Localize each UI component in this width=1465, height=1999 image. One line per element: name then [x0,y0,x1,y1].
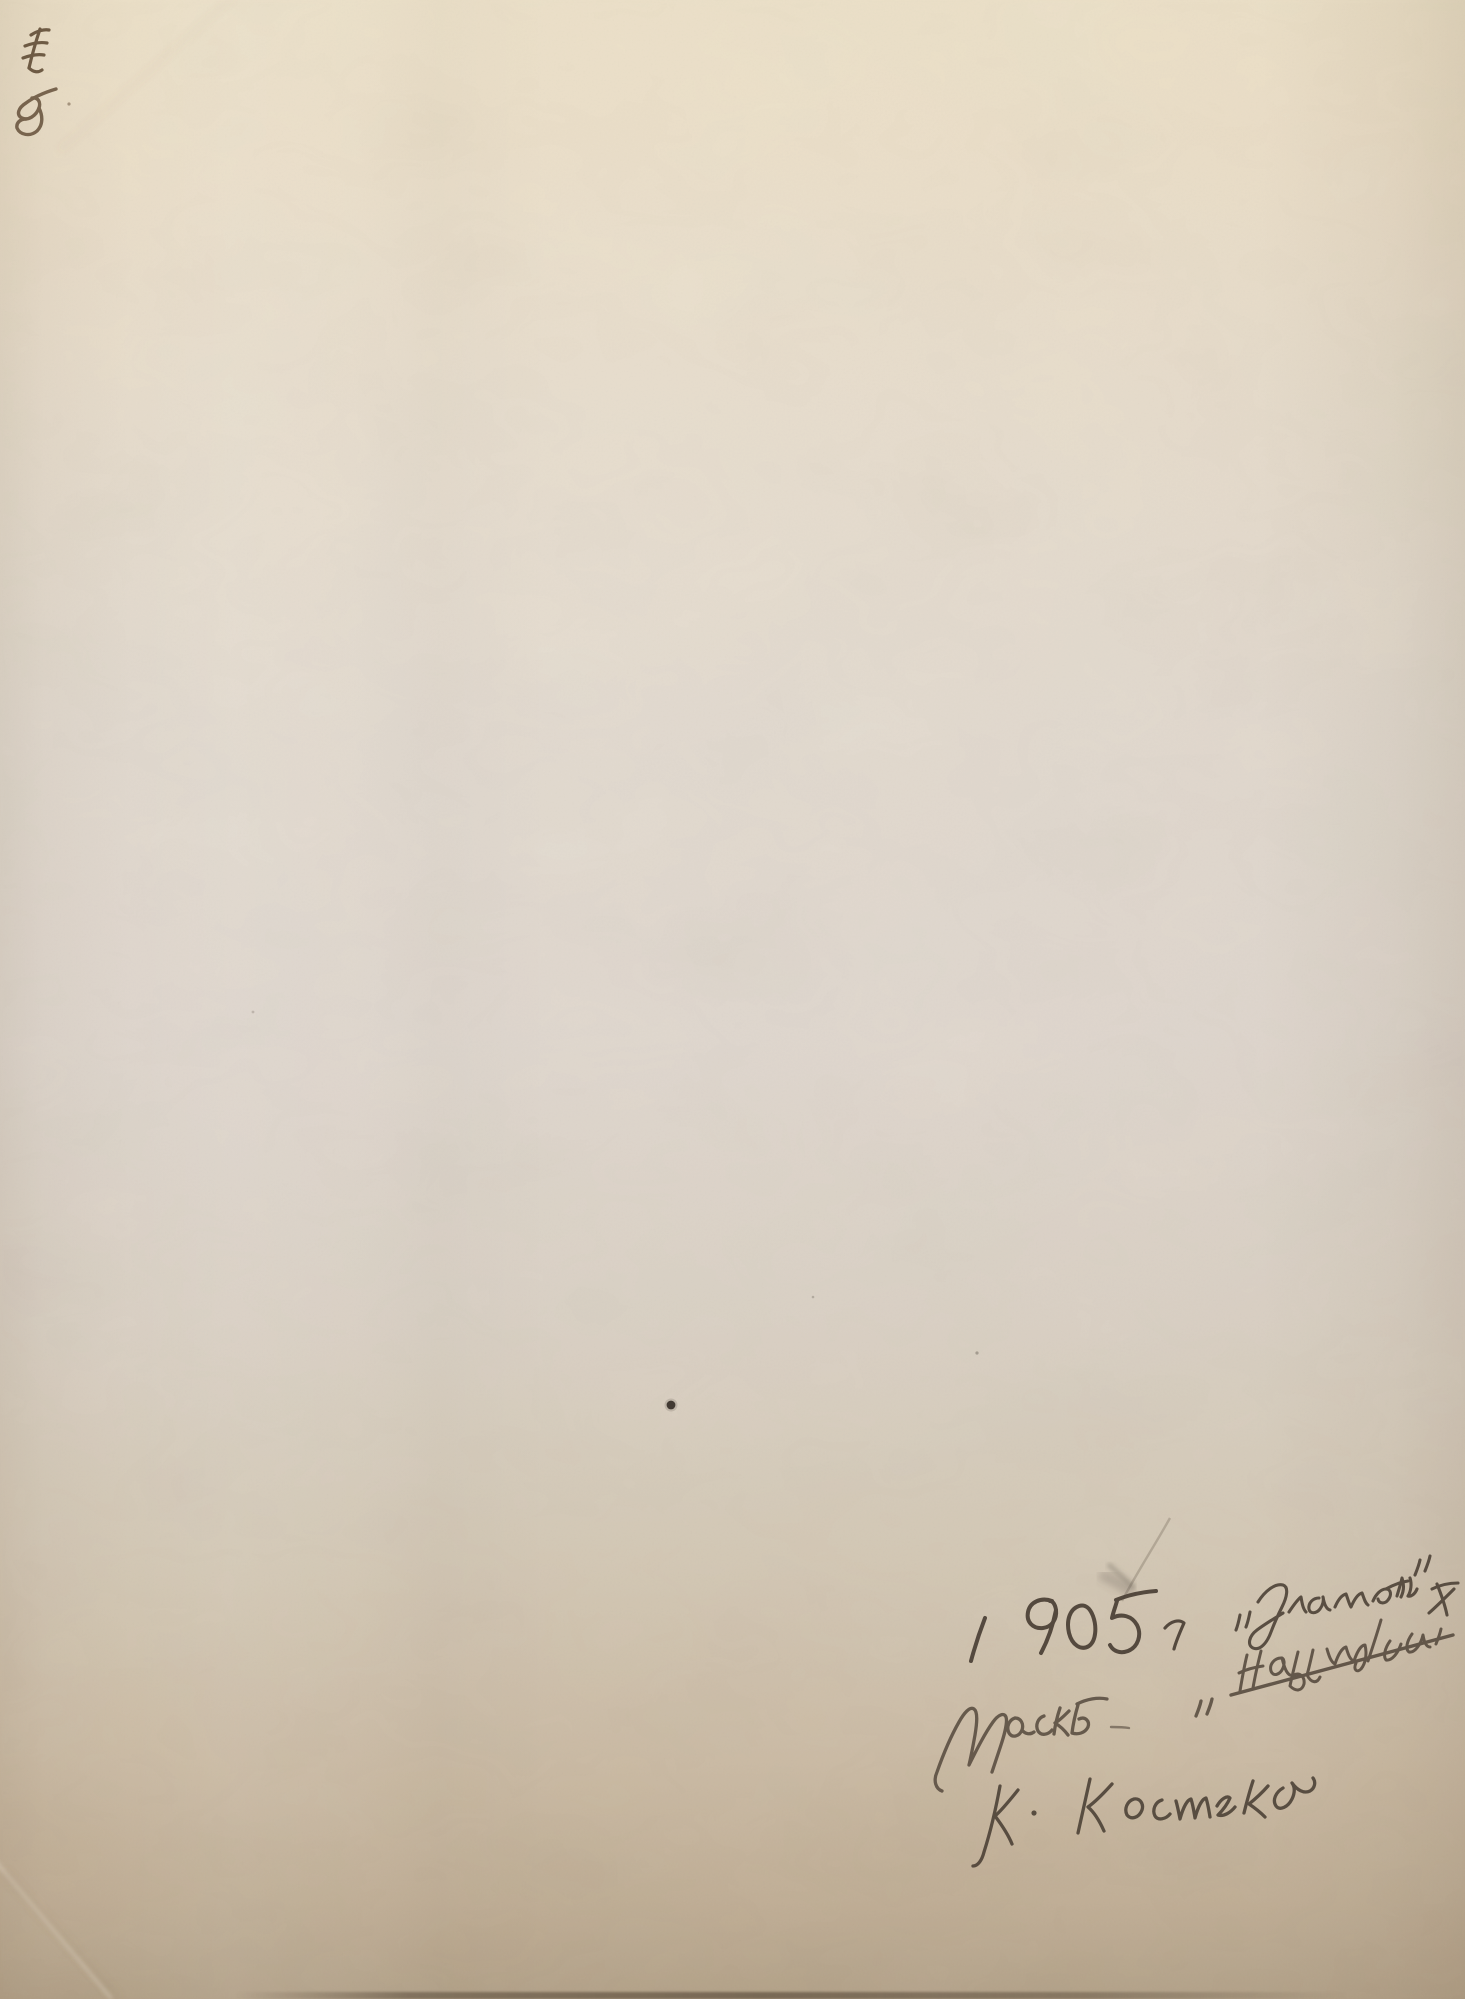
open-quote [1236,1615,1240,1630]
close-quote [1425,1556,1430,1571]
bottom-edge-shadow [0,1992,1465,1999]
open-quote [1246,1612,1250,1627]
close-quote [1415,1560,1420,1575]
corner-mark-squiggle [17,89,71,135]
crease-top-left [60,0,235,150]
handwriting-layer [0,0,1465,1999]
crease-bottom-left [0,1862,118,1999]
corner-mark-tally [23,29,49,72]
ink-dot [665,1399,678,1412]
paper-verso-photo: 1905 г „Уламовы“ + Натурщица Москв „ К. … [0,0,1465,1999]
inscription-city [935,1698,1212,1791]
quote-mark [1196,1701,1201,1716]
crease-above-year [1100,1518,1170,1601]
close-quote [1436,1629,1441,1644]
paper-specks [252,1011,979,1355]
inscription-title [1236,1556,1458,1649]
inscription-year [971,1591,1184,1661]
plus-mark [1429,1583,1458,1615]
inscription-struck-word [1231,1620,1453,1695]
inscription-signature [973,1778,1315,1866]
quote-mark [1207,1699,1212,1714]
